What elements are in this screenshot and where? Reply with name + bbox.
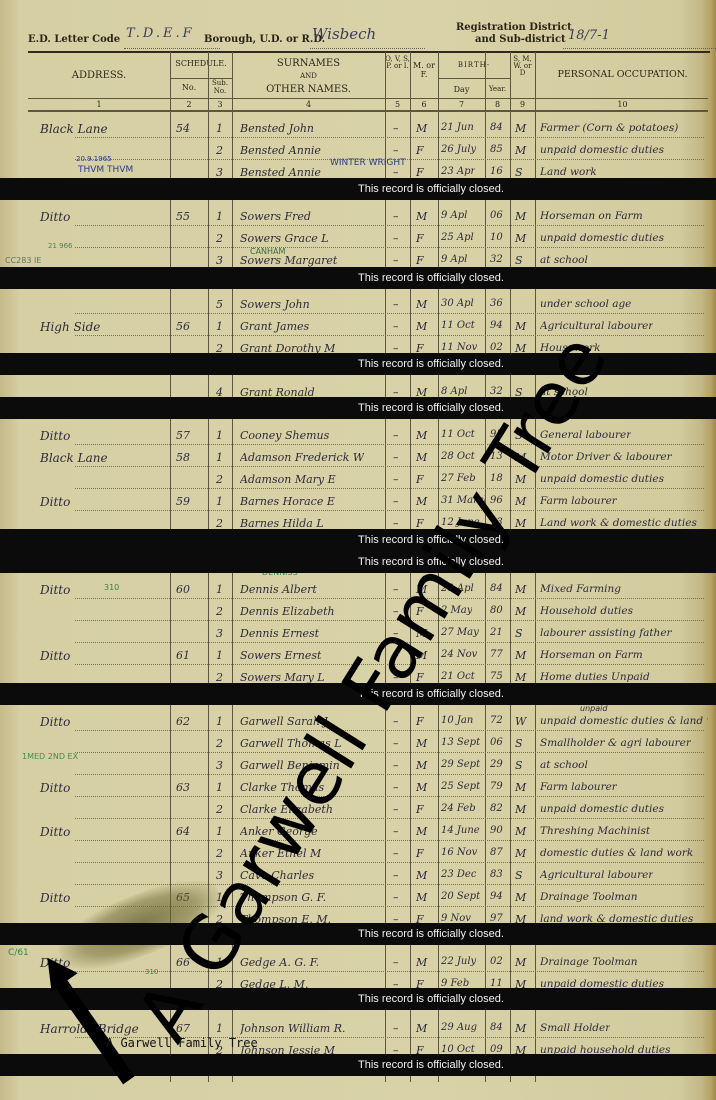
row-rule — [75, 971, 704, 972]
cell-schedule-no: 66 — [176, 956, 190, 969]
col-sched-no-header: No. — [170, 84, 208, 93]
header-title-row: E.D. Letter Code T.D.E.F Borough, U.D. o… — [28, 22, 706, 52]
cell-ovspi: – — [393, 781, 399, 794]
cell-birth-day: 24 Nov — [441, 649, 477, 660]
cell-occupation: Farmer (Corn & potatoes) — [540, 122, 678, 134]
col-surnames-header-3: OTHER NAMES. — [232, 84, 385, 95]
col-sub-no-header: Sub. No. — [208, 80, 232, 95]
cell-birth-year: 16 — [490, 166, 503, 177]
cell-occupation: Household duties — [540, 605, 633, 617]
cell-occupation: Threshing Machinist — [540, 825, 650, 837]
cell-address: Ditto — [40, 715, 70, 729]
cell-ovspi: – — [393, 583, 399, 596]
cell-ovspi: – — [393, 715, 399, 728]
column-number: 2 — [170, 100, 208, 109]
cell-birth-day: 29 Sept — [441, 759, 480, 770]
cell-birth-year: 84 — [490, 1022, 503, 1033]
cell-birth-day: 21 Jun — [441, 122, 474, 133]
cell-ovspi: – — [393, 232, 399, 245]
cell-status: S — [515, 627, 523, 640]
cell-schedule-no: 64 — [176, 825, 190, 838]
cell-schedule-no: 54 — [176, 122, 190, 135]
cell-birth-year: 95 — [490, 429, 503, 440]
cell-status: M — [515, 451, 526, 464]
cell-birth-year: 10 — [490, 232, 503, 243]
cell-birth-day: 11 Oct — [441, 320, 475, 331]
row-rule — [75, 752, 704, 753]
closed-record-notice: This record is officially closed. — [358, 1054, 504, 1076]
cell-birth-day: 28 Oct — [441, 451, 475, 462]
col-year-header: Year. — [485, 86, 510, 94]
registration-district-label: Registration District — [456, 22, 572, 33]
cell-ovspi: – — [393, 495, 399, 508]
registration-district-value: 18/7-1 — [568, 28, 610, 43]
cell-sex: M — [416, 649, 427, 662]
cell-status: M — [515, 122, 526, 135]
cell-birth-day: 16 Nov — [441, 847, 477, 858]
cell-birth-day: 9 Apl — [441, 254, 467, 265]
cell-address: Ditto — [40, 649, 70, 663]
cell-status: M — [515, 803, 526, 816]
cell-occupation: Farm labourer — [540, 781, 617, 793]
row-rule — [75, 642, 704, 643]
cell-ovspi: – — [393, 891, 399, 904]
cell-name: Garwell Benjamin — [240, 759, 340, 772]
col-day-header: Day — [438, 86, 485, 95]
col-mf-header: M. or F. — [412, 62, 436, 80]
cell-status: M — [515, 210, 526, 223]
cell-address: Ditto — [40, 429, 70, 443]
cell-sub-no: 1 — [216, 781, 223, 794]
cell-birth-year: 32 — [490, 254, 503, 265]
cell-status: S — [515, 869, 523, 882]
cell-address: Ditto — [40, 210, 70, 224]
cell-ovspi: – — [393, 847, 399, 860]
cell-birth-day: 23 Dec — [441, 869, 476, 880]
cell-occupation: Agricultural labourer — [540, 320, 653, 332]
cell-name: Sowers Ernest — [240, 649, 321, 662]
cell-sex: F — [416, 803, 424, 816]
cell-name: Thompson G. F. — [240, 891, 326, 904]
closed-record-bar: This record is officially closed. — [0, 1054, 716, 1076]
cell-occupation: Agricultural labourer — [540, 869, 653, 881]
cell-birth-year: 94 — [490, 891, 503, 902]
closed-record-notice: This record is officially closed. — [358, 529, 504, 551]
cell-occupation: unpaid domestic duties — [540, 803, 664, 815]
cell-birth-year: 06 — [490, 210, 503, 221]
cell-birth-year: 36 — [490, 298, 503, 309]
cell-birth-day: 27 May — [441, 627, 479, 638]
cell-sub-no: 1 — [216, 649, 223, 662]
closed-record-notice: This record is officially closed. — [358, 267, 504, 289]
cell-status: S — [515, 429, 523, 442]
cell-ovspi: – — [393, 627, 399, 640]
cell-birth-day: 29 Aug — [441, 1022, 477, 1033]
cell-sub-no: 1 — [216, 495, 223, 508]
column-number: 9 — [510, 100, 535, 109]
cell-sex: M — [416, 627, 427, 640]
cell-sex: M — [416, 583, 427, 596]
row-rule — [75, 313, 704, 314]
cell-ovspi: – — [393, 803, 399, 816]
cell-occupation: Home duties Unpaid — [540, 671, 650, 683]
cell-name: Bensted Annie — [240, 144, 321, 157]
cell-birth-day: 26 July — [441, 144, 476, 155]
cell-name: Anker Ethel M — [240, 847, 321, 860]
cell-birth-day: 11 Oct — [441, 429, 475, 440]
cell-ovspi: – — [393, 869, 399, 882]
cell-birth-day: 20 Apl — [441, 583, 474, 594]
row-rule — [75, 840, 704, 841]
cell-sex: F — [416, 605, 424, 618]
cell-sub-no: 2 — [216, 737, 223, 750]
closed-record-notice: This record is officially closed. — [358, 178, 504, 200]
cell-ovspi: – — [393, 825, 399, 838]
row-rule — [75, 818, 704, 819]
col-surnames-header-2: AND — [232, 73, 385, 81]
closed-record-notice: This record is officially closed. — [358, 551, 504, 573]
row-rule — [75, 862, 704, 863]
cell-status: W — [515, 715, 526, 728]
cell-ovspi: – — [393, 210, 399, 223]
cell-sub-no: 1 — [216, 956, 223, 969]
cell-birth-year: 77 — [490, 649, 503, 660]
cell-sub-no: 2 — [216, 605, 223, 618]
cell-name: Cooney Shemus — [240, 429, 329, 442]
cell-birth-day: 24 Feb — [441, 803, 476, 814]
cell-sub-no: 3 — [216, 759, 223, 772]
cell-sex: M — [416, 956, 427, 969]
cell-name: Clarke Elizabeth — [240, 803, 333, 816]
cell-schedule-no: 67 — [176, 1022, 190, 1035]
cell-occupation: Motor Driver & labourer — [540, 451, 672, 463]
cell-status: M — [515, 583, 526, 596]
cell-schedule-no: 63 — [176, 781, 190, 794]
closed-record-bar: This record is officially closed. — [0, 988, 716, 1010]
cell-birth-year: 02 — [490, 956, 503, 967]
annotation-canham: CANHAM — [250, 247, 285, 256]
cell-name: Gedge A. G. F. — [240, 956, 319, 969]
cell-occupation: Land work — [540, 166, 597, 178]
cell-birth-year: 94 — [490, 320, 503, 331]
cell-occupation: Drainage Toolman — [540, 891, 638, 903]
annotation-wright: WINTER WRIGHT — [330, 158, 406, 168]
cell-ovspi: – — [393, 429, 399, 442]
row-rule — [75, 444, 704, 445]
cell-birth-year: 83 — [490, 869, 503, 880]
closed-record-notice: This record is officially closed. — [358, 923, 504, 945]
cell-birth-year: 82 — [490, 803, 503, 814]
cell-status: M — [515, 473, 526, 486]
cell-status: M — [515, 956, 526, 969]
cell-address: Ditto — [40, 583, 70, 597]
cell-sub-no: 1 — [216, 122, 223, 135]
cell-status: M — [515, 320, 526, 333]
col-ovspi-header: O, V, S, P. or I. — [385, 56, 410, 70]
cell-status: M — [515, 1022, 526, 1035]
cell-birth-day: 11 Nov — [441, 342, 477, 353]
cell-birth-year: 21 — [490, 627, 503, 638]
cell-birth-day: 2 May — [441, 605, 472, 616]
col-address-header: ADDRESS. — [28, 70, 170, 81]
cell-birth-year: 06 — [490, 737, 503, 748]
cell-schedule-no: 62 — [176, 715, 190, 728]
cell-schedule-no: 56 — [176, 320, 190, 333]
row-rule — [75, 774, 704, 775]
column-number: 5 — [385, 100, 410, 109]
closed-record-bar: This record is officially closed. — [0, 353, 716, 375]
cell-name: Dennis Ernest — [240, 627, 319, 640]
cell-ovspi: – — [393, 254, 399, 267]
cell-sub-no: 2 — [216, 473, 223, 486]
cell-ovspi: – — [393, 144, 399, 157]
cell-schedule-no: 59 — [176, 495, 190, 508]
cell-birth-year: 29 — [490, 759, 503, 770]
borough-label: Borough, U.D. or R.D. — [204, 34, 325, 45]
cell-sex: M — [416, 825, 427, 838]
cell-status: S — [515, 737, 523, 750]
cell-occupation: Horseman on Farm — [540, 649, 643, 661]
cell-name: Grant James — [240, 320, 309, 333]
cell-occupation: Land work & domestic duties — [540, 517, 697, 529]
cell-occupation: unpaid domestic duties & land work — [540, 715, 708, 727]
cell-ovspi: – — [393, 737, 399, 750]
column-number: 4 — [232, 100, 385, 109]
cell-birth-day: 30 Apl — [441, 298, 474, 309]
closed-record-bar: This record is officially closed. — [0, 178, 716, 200]
cell-sex: M — [416, 429, 427, 442]
column-number: 10 — [535, 100, 710, 109]
closed-record-notice: This record is officially closed. — [358, 397, 504, 419]
cell-birth-year: 84 — [490, 122, 503, 133]
cell-sex: F — [416, 232, 424, 245]
cell-status: M — [515, 781, 526, 794]
annotation-ref-55: 21 966 — [48, 242, 73, 250]
cell-birth-year: 72 — [490, 715, 503, 726]
cell-birth-year: 18 — [490, 473, 503, 484]
cell-birth-year: 84 — [490, 583, 503, 594]
row-rule — [75, 137, 704, 138]
row-rule — [75, 796, 704, 797]
cell-sex: M — [416, 1022, 427, 1035]
column-number: 6 — [410, 100, 438, 109]
row-rule — [75, 225, 704, 226]
cell-ovspi: – — [393, 1022, 399, 1035]
cell-birth-day: 22 July — [441, 956, 476, 967]
closed-record-bar: This record is officially closed. — [0, 267, 716, 289]
ed-label: E.D. Letter Code — [28, 34, 120, 45]
cell-birth-day: 27 Feb — [441, 473, 476, 484]
annotation-ref-66b: 310 — [145, 968, 158, 976]
cell-address: Ditto — [40, 781, 70, 795]
cell-name: Sowers Grace L — [240, 232, 329, 245]
cell-status: M — [515, 232, 526, 245]
cell-sex: F — [416, 715, 424, 728]
cell-sex: M — [416, 759, 427, 772]
cell-birth-day: 20 Sept — [441, 891, 480, 902]
cell-address: Ditto — [40, 891, 70, 905]
cell-sub-no: 3 — [216, 627, 223, 640]
row-rule — [75, 488, 704, 489]
closed-record-notice: This record is officially closed. — [358, 353, 504, 375]
annotation-ref-60: 310 — [104, 583, 119, 592]
cell-sub-no: 1 — [216, 429, 223, 442]
row-rule — [75, 247, 704, 248]
cell-sex: M — [416, 122, 427, 135]
cell-sub-no: 3 — [216, 254, 223, 267]
row-rule — [75, 466, 704, 467]
cell-sex: M — [416, 320, 427, 333]
cell-sub-no: 2 — [216, 803, 223, 816]
cell-address: Harrolds Bridge — [40, 1022, 139, 1036]
cell-sex: M — [416, 781, 427, 794]
cell-sex: M — [416, 210, 427, 223]
cell-status: M — [515, 847, 526, 860]
cell-sex: F — [416, 847, 424, 860]
cell-sub-no: 1 — [216, 451, 223, 464]
cell-birth-day: 8 Apl — [441, 386, 467, 397]
cell-name: Adamson Frederick W — [240, 451, 364, 464]
cell-birth-day: 14 June — [441, 825, 480, 836]
col-smwd-header: S, M, W. or D — [510, 56, 535, 77]
cell-sub-no: 2 — [216, 847, 223, 860]
row-rule — [75, 620, 704, 621]
cell-address: High Side — [40, 320, 100, 334]
cell-occupation: unpaid domestic duties — [540, 232, 664, 244]
cell-sex: F — [416, 473, 424, 486]
cell-sub-no: 3 — [216, 869, 223, 882]
cell-sex: M — [416, 495, 427, 508]
cell-name: Anker George — [240, 825, 318, 838]
cell-status: S — [515, 759, 523, 772]
column-number: 3 — [208, 100, 232, 109]
cell-ovspi: – — [393, 759, 399, 772]
row-rule — [75, 510, 704, 511]
cell-occupation: at school — [540, 759, 588, 771]
row-rule — [75, 664, 704, 665]
cell-sex: M — [416, 891, 427, 904]
cell-ovspi: – — [393, 320, 399, 333]
cell-name: Cave Charles — [240, 869, 314, 882]
annotation-stamp-date: 20.9.1965 — [76, 155, 112, 163]
closed-record-bar: This record is officially closed. — [0, 683, 716, 705]
cell-name: Dennis Elizabeth — [240, 605, 335, 618]
closed-record-bar: This record is officially closed. — [0, 397, 716, 419]
closed-record-bar: This record is officially closed. — [0, 551, 716, 573]
cell-name: Clarke Thomas — [240, 781, 324, 794]
cell-birth-day: 13 Sept — [441, 737, 480, 748]
cell-sub-no: 1 — [216, 320, 223, 333]
closed-record-bar: This record is officially closed. — [0, 529, 716, 551]
cell-occupation: unpaid domestic duties — [540, 144, 664, 156]
annotation-stamp-code: THVM THVM — [78, 165, 133, 175]
cell-schedule-no: 55 — [176, 210, 190, 223]
cell-birth-day: 10 Jan — [441, 715, 473, 726]
cell-occupation: labourer assisting father — [540, 627, 672, 639]
cell-ovspi: – — [393, 605, 399, 618]
column-number: 7 — [438, 100, 485, 109]
cell-status: M — [515, 495, 526, 508]
cell-birth-year: 32 — [490, 386, 503, 397]
census-page: E.D. Letter Code T.D.E.F Borough, U.D. o… — [0, 0, 716, 1100]
cell-status: M — [515, 825, 526, 838]
annotation-ref-55b: CC283 IE — [5, 256, 41, 265]
cell-birth-year: 87 — [490, 847, 503, 858]
cell-occupation: unpaid domestic duties — [540, 473, 664, 485]
cell-birth-year: 79 — [490, 781, 503, 792]
col-surnames-header-1: SURNAMES — [232, 58, 385, 69]
closed-record-notice: This record is officially closed. — [358, 988, 504, 1010]
credit-label: A Garwell Family Tree — [106, 1036, 258, 1050]
col-occupation-header: PERSONAL OCCUPATION. — [535, 70, 710, 80]
cell-status: M — [515, 891, 526, 904]
cell-status: S — [515, 254, 523, 267]
cell-occupation: domestic duties & land work — [540, 847, 693, 859]
cell-address: Ditto — [40, 825, 70, 839]
cell-birth-year: 75 — [490, 671, 503, 682]
cell-sub-no: 5 — [216, 298, 223, 311]
cell-occupation: Small Holder — [540, 1022, 610, 1034]
cell-occupation: under school age — [540, 298, 631, 310]
row-rule — [75, 598, 704, 599]
ed-value: T.D.E.F — [126, 26, 195, 41]
cell-address: Black Lane — [40, 451, 108, 465]
annotation-ref-66: C/61 — [8, 948, 29, 958]
cell-birth-year: 96 — [490, 495, 503, 506]
cell-name: Dennis Albert — [240, 583, 317, 596]
cell-sex: M — [416, 869, 427, 882]
cell-address: Black Lane — [40, 122, 108, 136]
cell-schedule-no: 58 — [176, 451, 190, 464]
cell-ovspi: – — [393, 956, 399, 969]
cell-sub-no: 1 — [216, 583, 223, 596]
cell-status: M — [515, 144, 526, 157]
cell-sub-no: 1 — [216, 1022, 223, 1035]
cell-sex: F — [416, 254, 424, 267]
cell-ovspi: – — [393, 298, 399, 311]
col-birth-header: BIRTH- — [438, 62, 510, 70]
col-schedule-header: SCHEDULE. — [170, 60, 232, 69]
cell-birth-day: 25 Sept — [441, 781, 480, 792]
cell-birth-year: 02 — [490, 342, 503, 353]
closed-record-notice: This record is officially closed. — [358, 683, 504, 705]
cell-address: Ditto — [40, 495, 70, 509]
cell-sub-no: 2 — [216, 144, 223, 157]
cell-schedule-no: 60 — [176, 583, 190, 596]
cell-birth-year: 13 — [490, 517, 503, 528]
annotation-garwell: 1MED 2ND EX — [22, 752, 78, 761]
column-number: 8 — [485, 100, 510, 109]
cell-sub-no: 2 — [216, 232, 223, 245]
cell-occupation: Farm labourer — [540, 495, 617, 507]
borough-value: Wisbech — [312, 25, 376, 43]
cell-schedule-no: 57 — [176, 429, 190, 442]
cell-birth-day: 12 June — [441, 517, 480, 528]
cell-occupation: General labourer — [540, 429, 631, 441]
cell-sex: M — [416, 298, 427, 311]
cell-birth-year: 13 — [490, 451, 503, 462]
cell-name: Garwell Sarah J — [240, 715, 328, 728]
cell-occupation: Mixed Farming — [540, 583, 621, 595]
header-rule — [28, 51, 710, 53]
cell-birth-day: 31 March — [441, 495, 485, 506]
cell-sex: M — [416, 451, 427, 464]
cell-occupation: Smallholder & agri labourer — [540, 737, 691, 749]
cell-name: Barnes Horace E — [240, 495, 335, 508]
cell-sub-no: 1 — [216, 825, 223, 838]
cell-occupation: Horseman on Farm — [540, 210, 643, 222]
row-rule — [75, 335, 704, 336]
